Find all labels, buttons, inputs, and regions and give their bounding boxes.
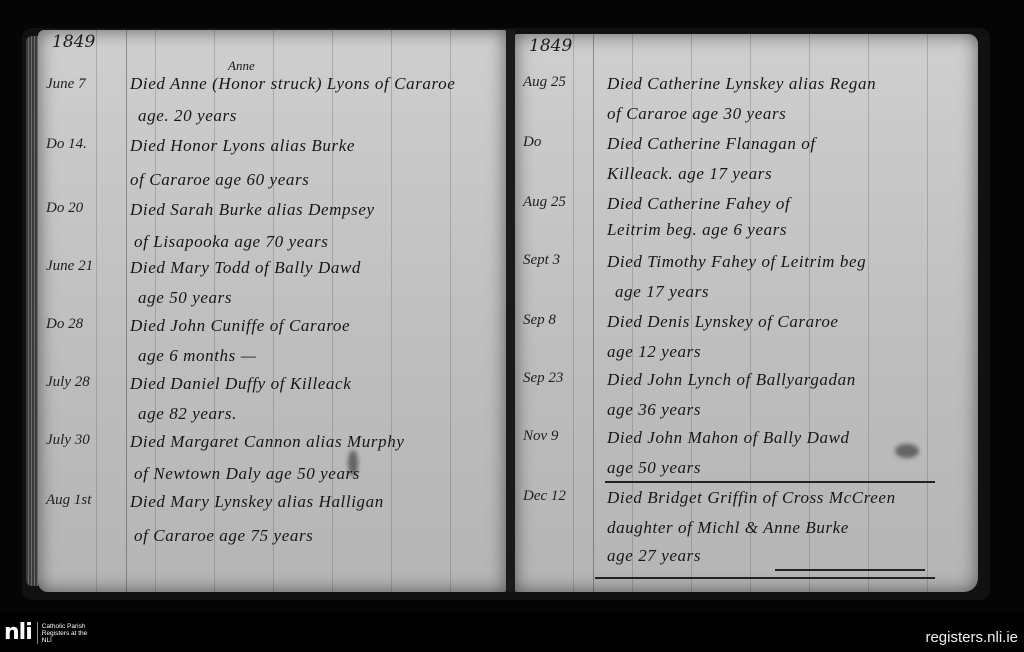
nli-logo[interactable]: nli Catholic Parish Registers at the NLI xyxy=(4,622,90,644)
entry-line: age 6 months — xyxy=(138,346,498,366)
book-gutter xyxy=(506,30,515,592)
entry-date: Sep 8 xyxy=(523,312,603,329)
left-page: 1849 Anne June 7 Died Anne (Honor struck… xyxy=(38,30,506,592)
entry-line: Died John Cuniffe of Cararoe xyxy=(130,316,498,336)
entry-line: age 50 years xyxy=(607,458,970,478)
entry-line: daughter of Michl & Anne Burke xyxy=(607,518,970,538)
right-page: 1849 Aug 25 Died Catherine Lynskey alias… xyxy=(515,34,978,592)
entry-date: Sep 23 xyxy=(523,370,603,387)
entry-date: Do xyxy=(523,134,603,151)
nli-logo-mark: nli xyxy=(4,622,38,644)
entry-line: Leitrim beg. age 6 years xyxy=(607,220,970,240)
entry-line: Died Timothy Fahey of Leitrim beg xyxy=(607,252,970,272)
entry-line: Died Denis Lynskey of Cararoe xyxy=(607,312,970,332)
entry-line: Killeack. age 17 years xyxy=(607,164,970,184)
closing-rule xyxy=(595,577,935,579)
entry-line: age. 20 years xyxy=(138,106,498,126)
entry-line: age 50 years xyxy=(138,288,498,308)
entry-date: Do 14. xyxy=(46,136,126,153)
page-year: 1849 xyxy=(529,36,572,56)
closing-rule xyxy=(775,569,925,571)
entry-line: of Newtown Daly age 50 years xyxy=(134,464,498,484)
entry-line: Died Anne (Honor struck) Lyons of Cararo… xyxy=(130,74,498,94)
entry-line: Died Margaret Cannon alias Murphy xyxy=(130,432,498,452)
entry-line: Died Catherine Lynskey alias Regan xyxy=(607,74,970,94)
footer-bar: nli Catholic Parish Registers at the NLI… xyxy=(0,612,1024,652)
entry-line: age 17 years xyxy=(615,282,970,302)
entry-line: of Lisapooka age 70 years xyxy=(134,232,498,252)
entry-date: Do 20 xyxy=(46,200,126,217)
entry-line: age 82 years. xyxy=(138,404,498,424)
entry-line: Died Sarah Burke alias Dempsey xyxy=(130,200,498,220)
site-url: registers.nli.ie xyxy=(925,629,1018,646)
entry-date: July 28 xyxy=(46,374,126,391)
entry-line: of Cararoe age 30 years xyxy=(607,104,970,124)
entry-line: Died Mary Lynskey alias Halligan xyxy=(130,492,498,512)
entry-date: Do 28 xyxy=(46,316,126,333)
entry-line: Died John Lynch of Ballyargadan xyxy=(607,370,970,390)
nli-logo-text: Catholic Parish Registers at the NLI xyxy=(42,623,90,644)
entry-line: age 27 years xyxy=(607,546,970,566)
entry-date: July 30 xyxy=(46,432,126,449)
entry-date: Sept 3 xyxy=(523,252,603,269)
entry-line: Died Catherine Flanagan of xyxy=(607,134,970,154)
margin-rule xyxy=(126,30,127,592)
entry-line: Died Honor Lyons alias Burke xyxy=(130,136,498,156)
entry-line: Died John Mahon of Bally Dawd xyxy=(607,428,970,448)
entry-line: Died Catherine Fahey of xyxy=(607,194,970,214)
entry-line: age 36 years xyxy=(607,400,970,420)
entry-line: Died Daniel Duffy of Killeack xyxy=(130,374,498,394)
correction-above: Anne xyxy=(228,58,255,74)
separator-rule xyxy=(605,481,935,483)
entry-date: Aug 25 xyxy=(523,194,603,211)
entry-date: Dec 12 xyxy=(523,488,603,505)
entry-line: of Cararoe age 60 years xyxy=(130,170,498,190)
page-year: 1849 xyxy=(52,32,95,52)
entry-date: June 21 xyxy=(46,258,126,275)
entry-line: Died Mary Todd of Bally Dawd xyxy=(130,258,498,278)
entry-date: Aug 25 xyxy=(523,74,603,91)
entry-line: of Cararoe age 75 years xyxy=(134,526,498,546)
entry-date: June 7 xyxy=(46,76,126,93)
entry-date: Nov 9 xyxy=(523,428,603,445)
entry-date: Aug 1st xyxy=(46,492,126,509)
image-viewer[interactable]: 1849 Anne June 7 Died Anne (Honor struck… xyxy=(0,0,1024,612)
ink-blot xyxy=(348,450,358,476)
entry-line: Died Bridget Griffin of Cross McCreen xyxy=(607,488,970,508)
book-page-edges xyxy=(26,36,38,586)
ink-blot xyxy=(895,444,919,458)
entry-line: age 12 years xyxy=(607,342,970,362)
